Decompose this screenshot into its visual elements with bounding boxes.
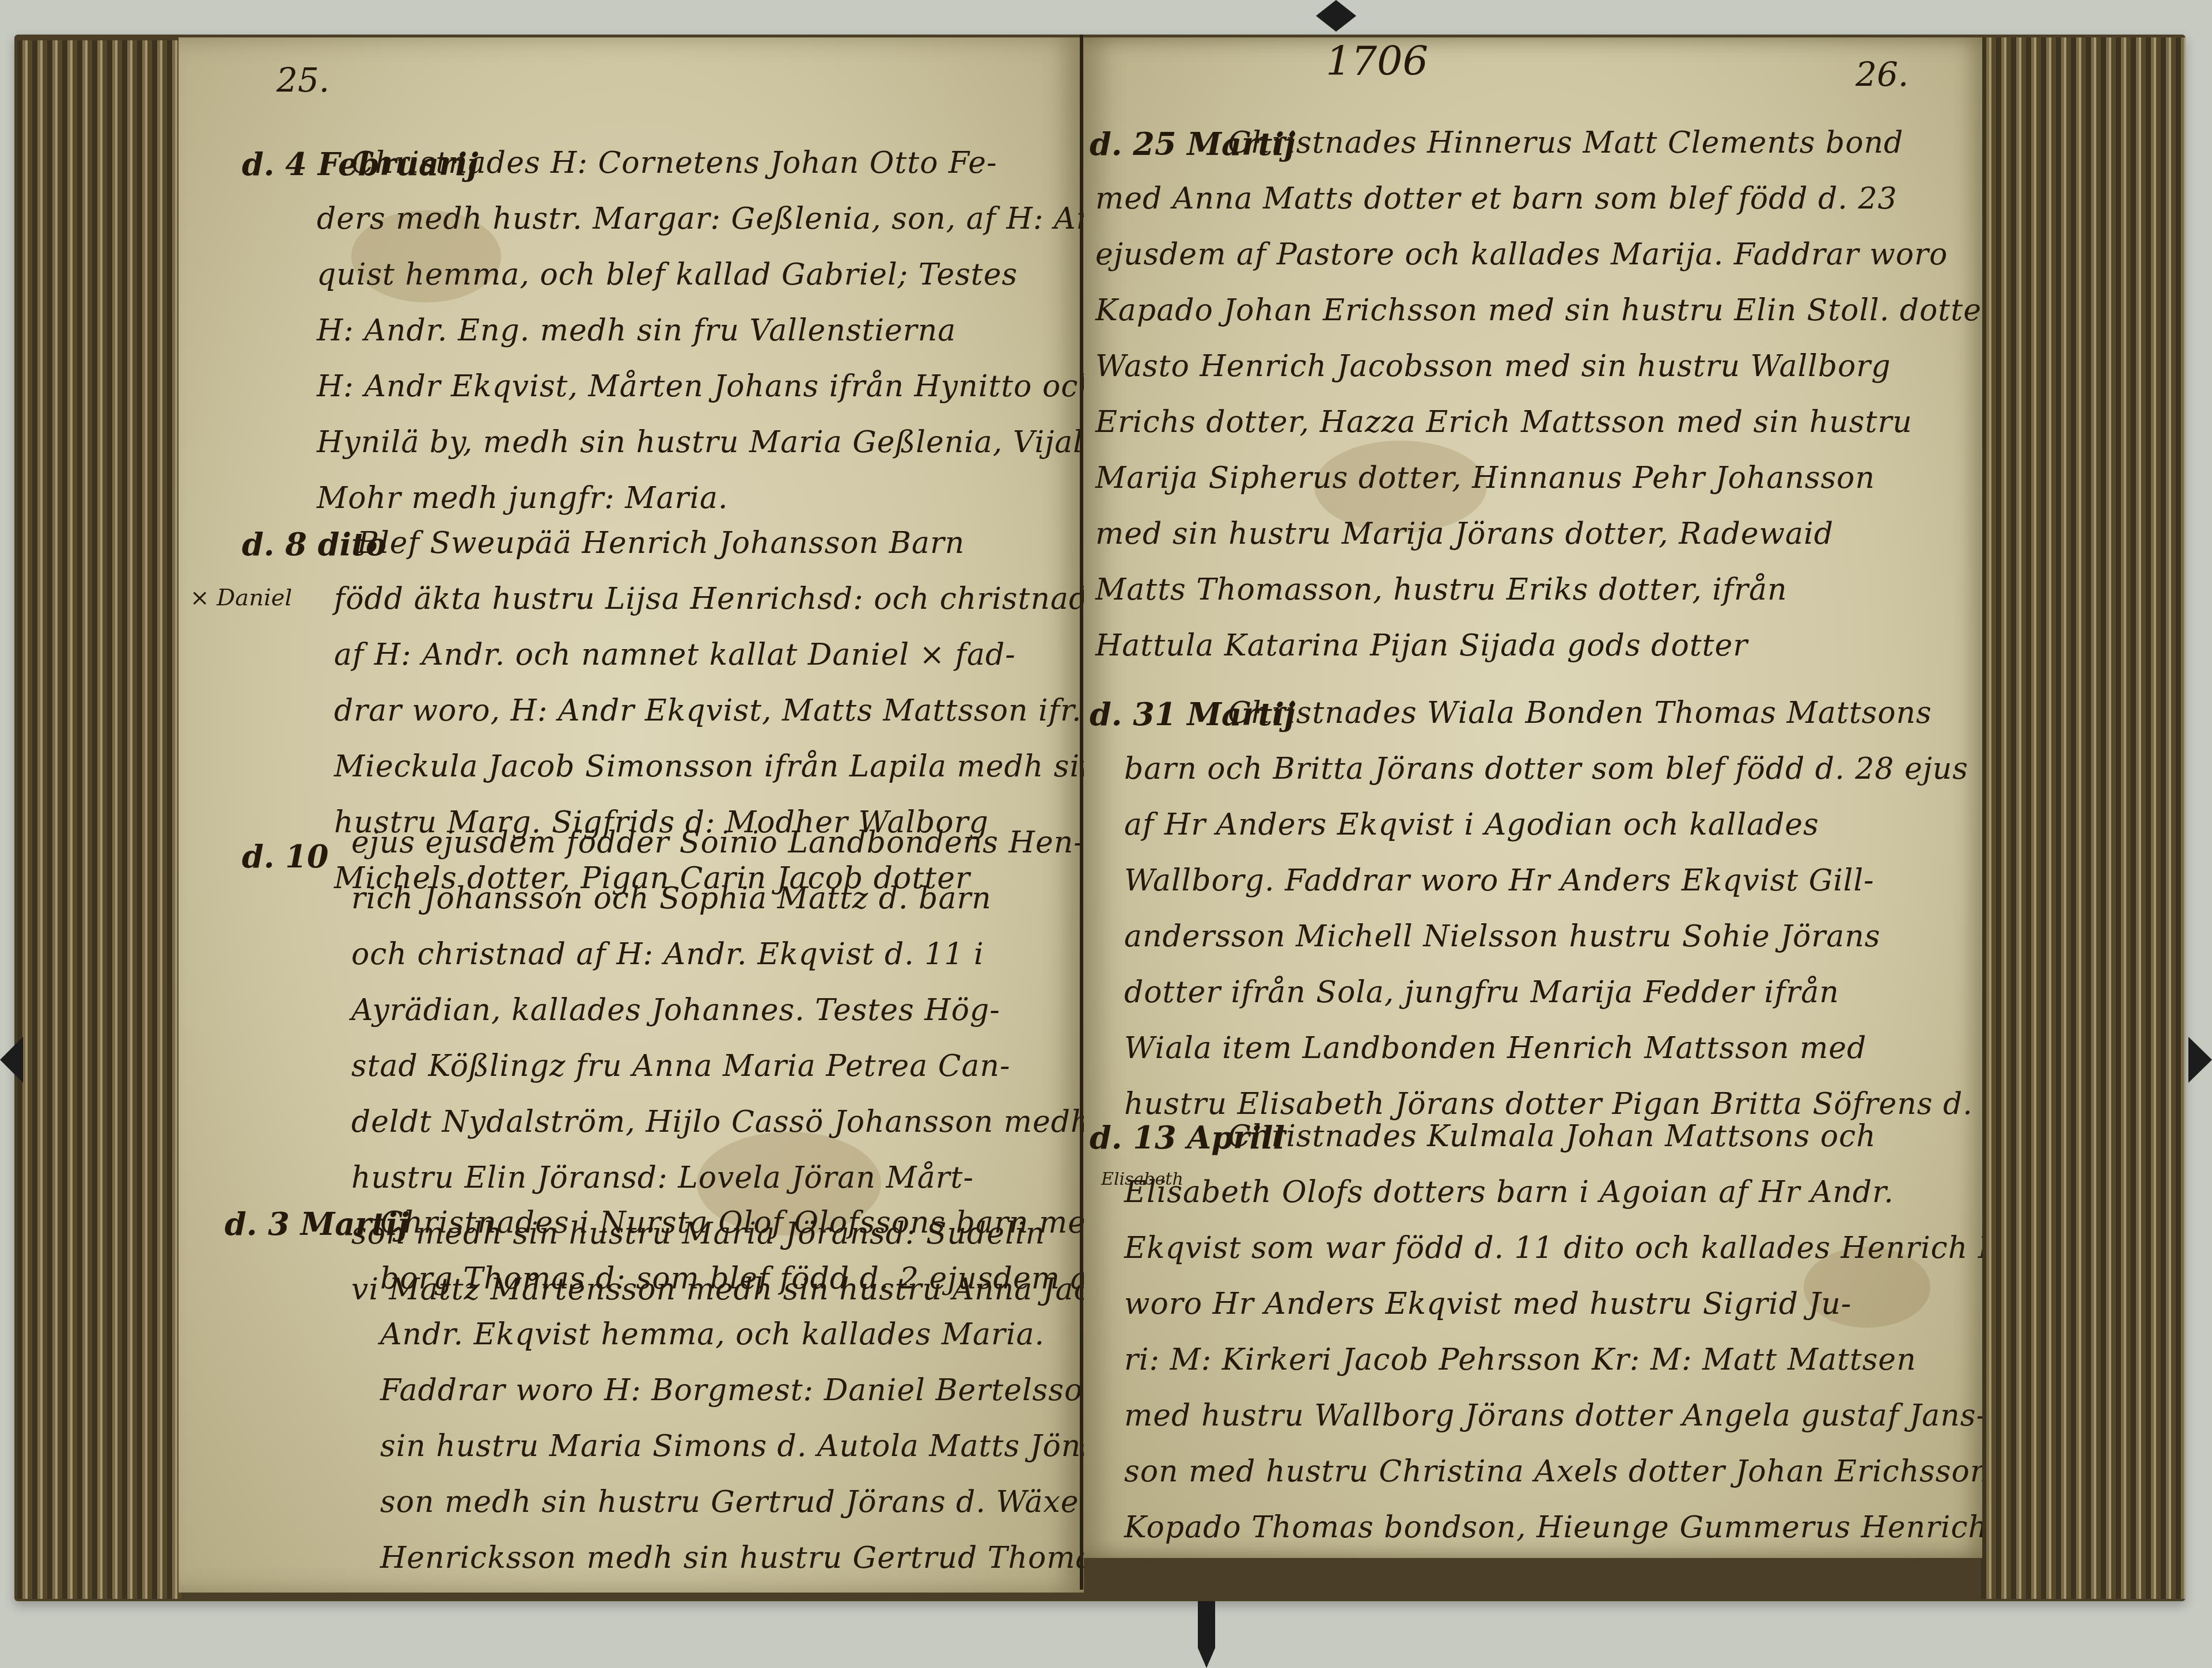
left-page: 25. d. 4 Februarij Christnades H: Cornet… — [179, 37, 1084, 1593]
text-line: drar woro, H: Andr Ekqvist, Matts Mattss… — [334, 683, 1084, 739]
text-line: son medh sin hustru Gertrud Jörans d. Wä… — [380, 1474, 1084, 1530]
text-line: med sin hustru Marija Jörans dotter, Rad… — [1095, 506, 1982, 562]
text-line: sin hustru Maria Simons d. Autola Matts … — [380, 1419, 1084, 1474]
text-line: barn och Britta Jörans dotter som blef f… — [1124, 741, 1973, 797]
text-line: Hynilä by, medh sin hustru Maria Geßleni… — [317, 415, 1084, 471]
text-line: Christnades Wiala Bonden Thomas Mattsons — [1228, 685, 1973, 741]
entry-text: Christnades H: Cornetens Johan Otto Fe- … — [351, 135, 1084, 526]
text-line: ejus ejusdem födder Soinio Landbondens H… — [351, 815, 1084, 871]
text-line: Andr. Ekqvist hemma, och kallades Maria. — [380, 1307, 1084, 1363]
book-gutter — [1080, 35, 1083, 1590]
text-line: Hattula Katarina Pijan Sijada gods dotte… — [1095, 618, 1982, 674]
book-clip-bottom — [1198, 1601, 1215, 1668]
text-line: med Anna Matts dotter et barn som blef f… — [1095, 171, 1982, 227]
entry-text: Christnades Hinnerus Matt Clements bond … — [1228, 115, 1982, 674]
text-line: Faddrar woro H: Borgmest: Daniel Bertels… — [380, 1363, 1084, 1419]
text-line: af H: Andr. och namnet kallat Daniel × f… — [334, 627, 1084, 683]
text-line: dotter Christin. Kustan Norsfida Henrich… — [380, 1586, 1084, 1593]
text-line: Wallborg. Faddrar woro Hr Anders Ekqvist… — [1124, 853, 1973, 909]
text-line: H: Andr Ekqvist, Mårten Johans ifrån Hyn… — [317, 359, 1084, 415]
text-line: deldt Nydalström, Hijlo Cassö Johansson … — [351, 1094, 1084, 1150]
entry-text: Christnades Kulmala Johan Mattsons och E… — [1228, 1109, 1982, 1558]
right-page-block-edges — [1981, 37, 2186, 1599]
text-line: Wiala item Landbonden Henrich Mattsson m… — [1124, 1021, 1973, 1076]
margin-note: × Daniel — [190, 585, 292, 611]
text-line: borg Thomas d: som blef född d. 2 ejusde… — [380, 1251, 1084, 1307]
text-line: Kapado Johan Erichsson med sin hustru El… — [1095, 283, 1982, 339]
text-line: Christnades H: Cornetens Johan Otto Fe- — [351, 135, 1084, 191]
text-line: son med hustru Christina Axels dotter Jo… — [1124, 1444, 1982, 1500]
text-line: Wasto Henrich Jacobsson med sin hustru W… — [1095, 339, 1982, 395]
text-line: med hustru Wallborg Jörans dotter Angela… — [1124, 1388, 1982, 1444]
text-line: ders medh hustr. Margar: Geßlenia, son, … — [317, 191, 1084, 247]
text-line: stad Kößlingz fru Anna Maria Petrea Can- — [351, 1038, 1084, 1094]
text-line: Ayrädian, kallades Johannes. Testes Hög- — [351, 983, 1084, 1038]
text-line: Maria Hendrichs dotter Lars Ekholms hust… — [1124, 1556, 1982, 1558]
text-line: dotter ifrån Sola, jungfru Marija Fedder… — [1124, 965, 1973, 1021]
book-clip-left — [0, 1037, 23, 1083]
text-line: quist hemma, och blef kallad Gabriel; Te… — [317, 247, 1084, 303]
entry-text: Christnades Wiala Bonden Thomas Mattsons… — [1228, 685, 1973, 1132]
book-clip-right — [2188, 1037, 2212, 1083]
text-line: Christnades i Nursta Olof Olofssons barn… — [380, 1195, 1084, 1251]
text-line: ri: M: Kirkeri Jacob Pehrsson Kr: M: Mat… — [1124, 1332, 1982, 1388]
text-line: rich Johansson och Sophia Mattz d. barn — [351, 871, 1084, 927]
text-line: Blef Sweupää Henrich Johansson Barn — [357, 515, 1084, 571]
register-year: 1706 — [1326, 37, 1428, 85]
text-line: Christnades Kulmala Johan Mattsons och — [1228, 1109, 1982, 1165]
text-line: Ekqvist som war född d. 11 dito och kall… — [1124, 1220, 1982, 1276]
text-line: af Hr Anders Ekqvist i Agodian och kalla… — [1124, 797, 1973, 853]
text-line: H: Andr. Eng. medh sin fru Vallenstierna — [317, 303, 1084, 359]
text-line: ejusdem af Pastore och kallades Marija. … — [1095, 227, 1982, 283]
entry-text: Christnades i Nursta Olof Olofssons barn… — [380, 1195, 1084, 1593]
text-line: född äkta hustru Lijsa Henrichsd: och ch… — [334, 571, 1084, 627]
text-line: Elisabeth Olofs dotters barn i Agoian af… — [1124, 1165, 1982, 1220]
text-line: Mieckula Jacob Simonsson ifrån Lapila me… — [334, 739, 1084, 795]
text-line: Erichs dotter, Hazza Erich Mattsson med … — [1095, 395, 1982, 450]
page-number: 25. — [276, 60, 329, 100]
text-line: och christnad af H: Andr. Ekqvist d. 11 … — [351, 927, 1084, 983]
text-line: Matts Thomasson, hustru Eriks dotter, if… — [1095, 562, 1982, 618]
book-clip-top — [1316, 0, 1356, 32]
left-page-block-edges — [17, 40, 181, 1599]
text-line: Henricksson medh sin hustru Gertrud Thom… — [380, 1530, 1084, 1586]
text-line: Marija Sipherus dotter, Hinnanus Pehr Jo… — [1095, 450, 1982, 506]
text-line: woro Hr Anders Ekqvist med hustru Sigrid… — [1124, 1276, 1982, 1332]
entry-date: d. 10 — [242, 838, 329, 875]
page-number: 26. — [1856, 55, 1909, 94]
right-page: 1706 26. d. 25 Martij Christnades Hinner… — [1084, 37, 1982, 1558]
text-line: Kopado Thomas bondson, Hieunge Gummerus … — [1124, 1500, 1982, 1556]
text-line: Christnades Hinnerus Matt Clements bond — [1228, 115, 1982, 171]
text-line: andersson Michell Nielsson hustru Sohie … — [1124, 909, 1973, 965]
